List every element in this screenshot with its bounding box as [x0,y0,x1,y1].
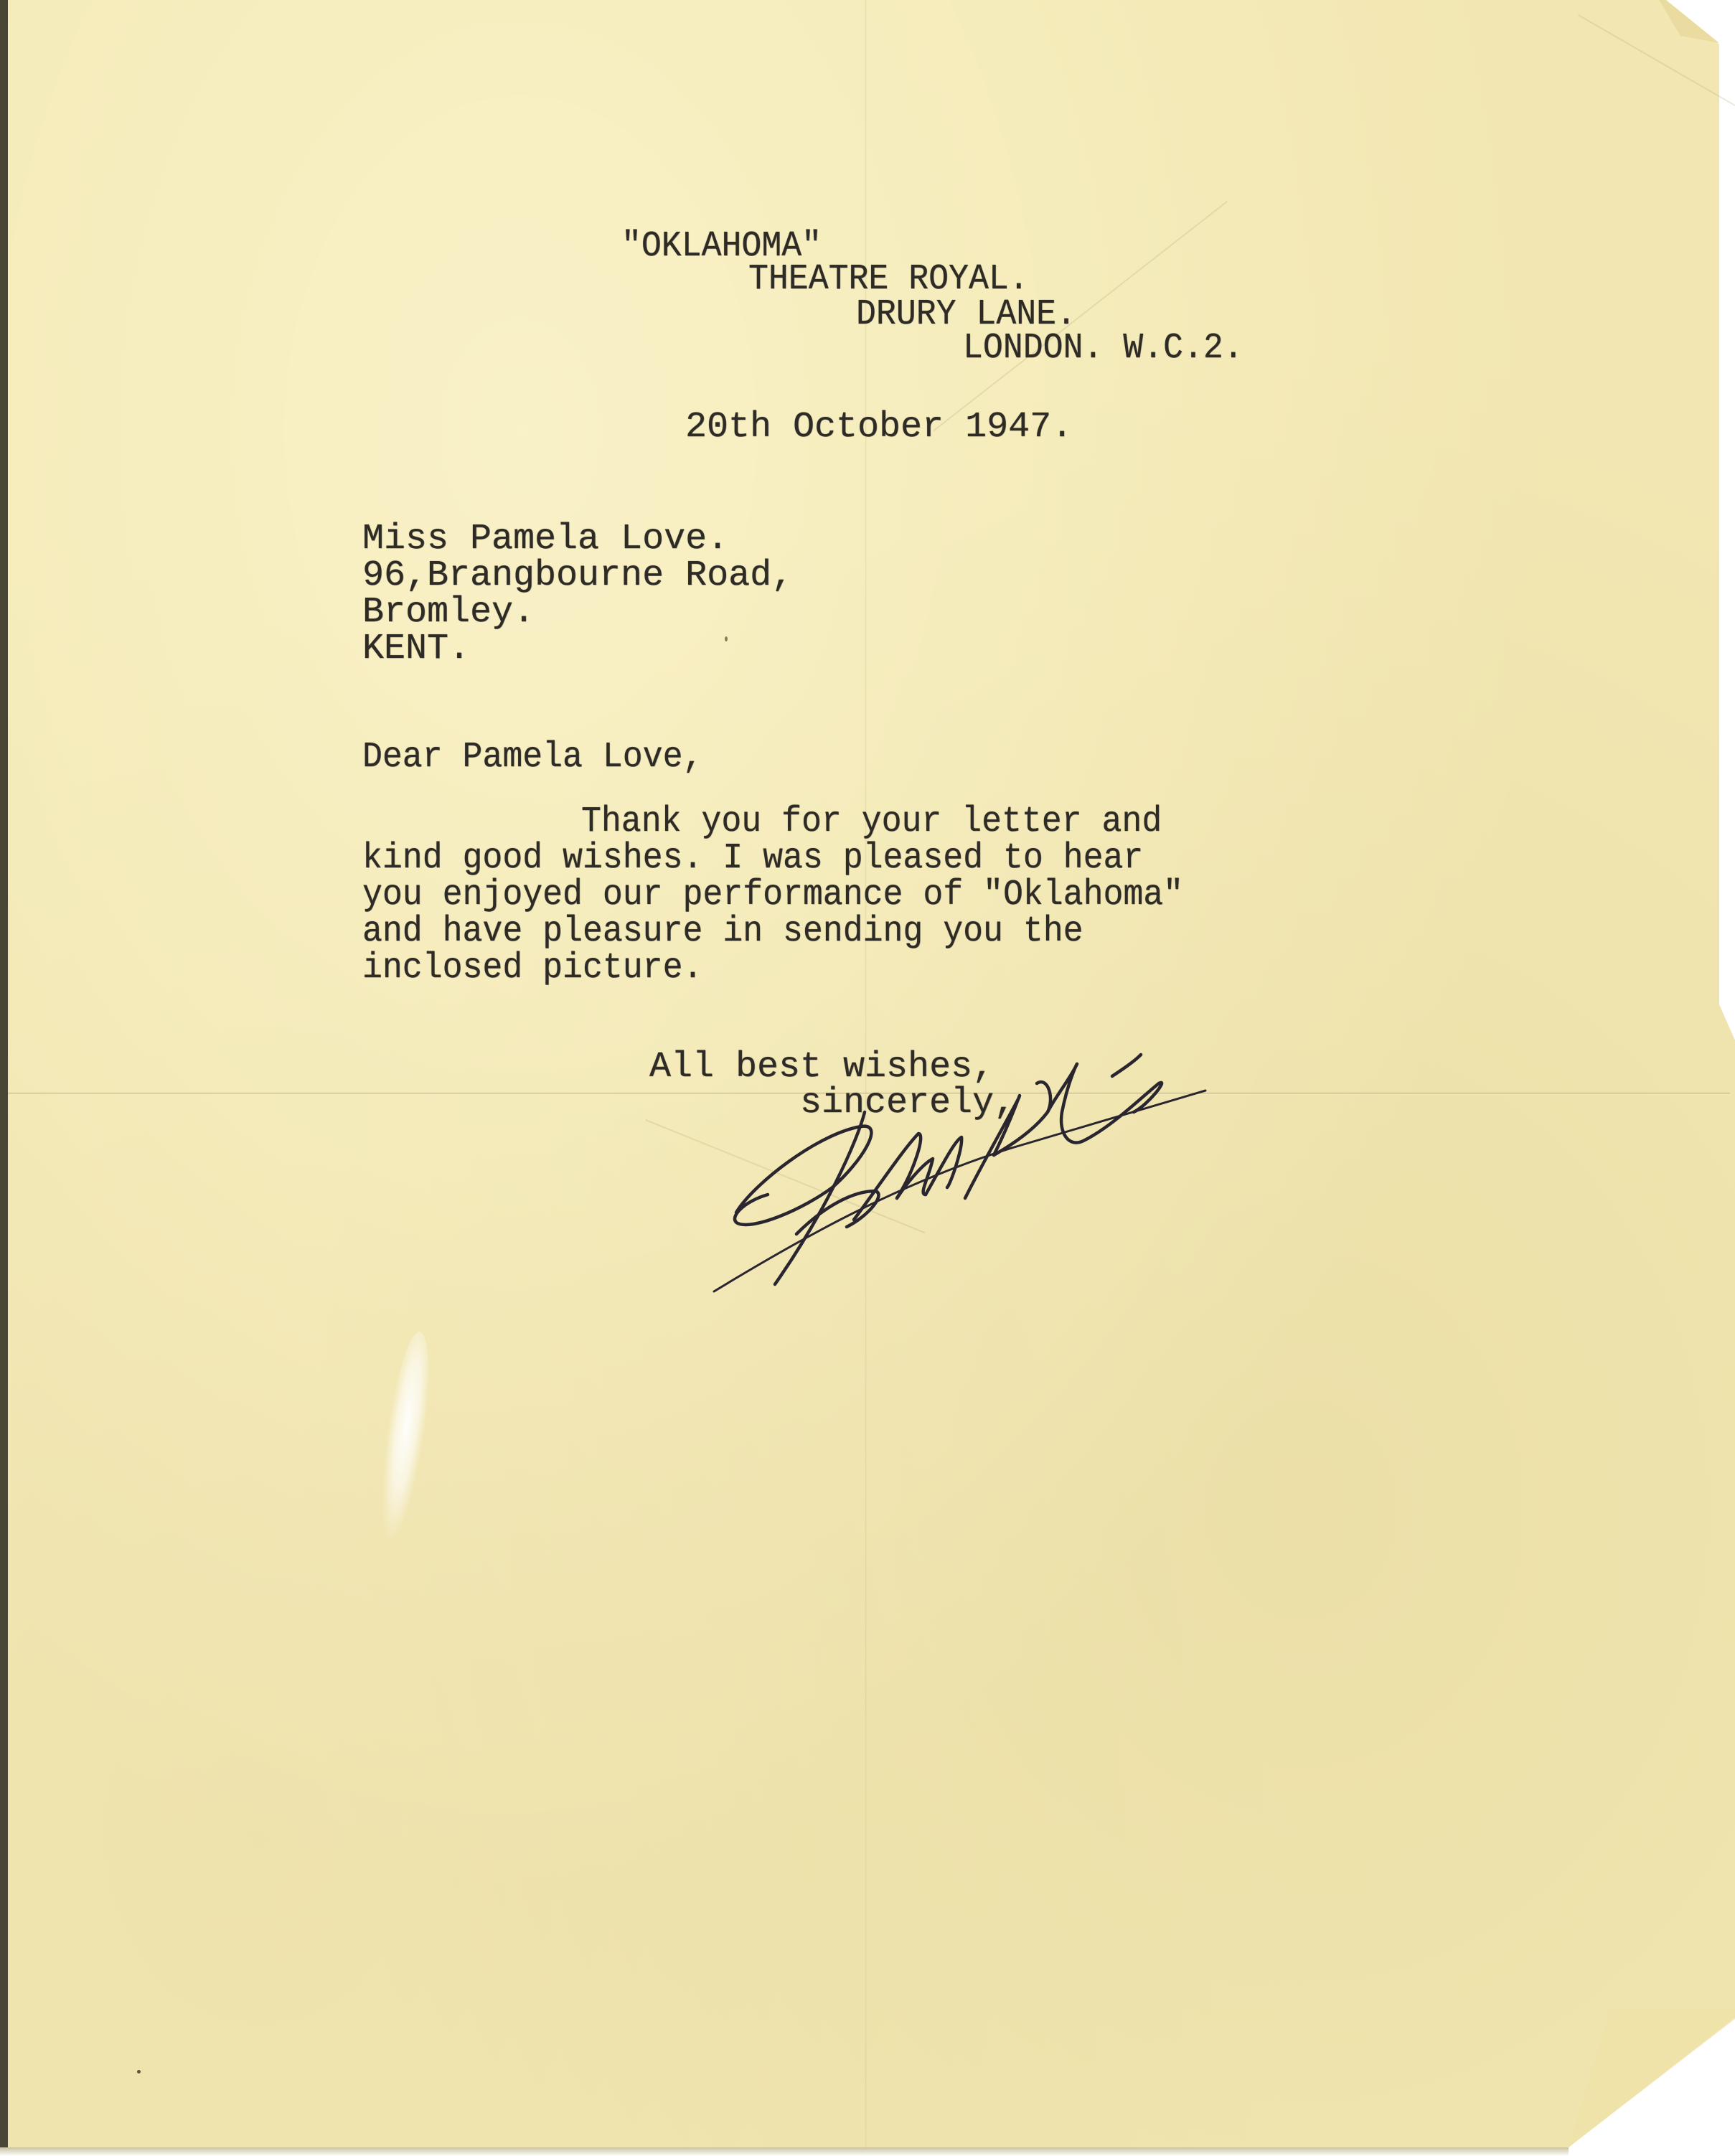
recipient-street: 96,Brangbourne Road, [362,557,793,594]
signature-icon [710,1055,1213,1299]
letter-date: 20th October 1947. [685,409,1073,446]
scan-left-edge [0,0,8,2147]
body-line-1: Thank you for your letter and [581,804,1162,840]
recipient-address: Miss Pamela Love. 96,Brangbourne Road, B… [362,521,793,667]
body-line-4: and have pleasure in sending you the [362,913,1083,950]
recipient-county: KENT. [362,631,793,667]
body-line-3: you enjoyed our performance of "Oklahoma… [362,877,1183,913]
recipient-name: Miss Pamela Love. [362,521,793,557]
salutation: Dear Pamela Love, [362,739,702,776]
recipient-town: Bromley. [362,594,793,631]
handwritten-signature [710,1055,1213,1299]
scan-bottom-edge [0,2147,1569,2156]
body-line-5: inclosed picture. [362,950,702,987]
letterhead-venue: THEATRE ROYAL. [748,261,1029,298]
body-line-2: kind good wishes. I was pleased to hear [362,840,1143,877]
ink-speck [137,2070,141,2073]
letterhead-city: LONDON. W.C.2. [963,330,1243,367]
